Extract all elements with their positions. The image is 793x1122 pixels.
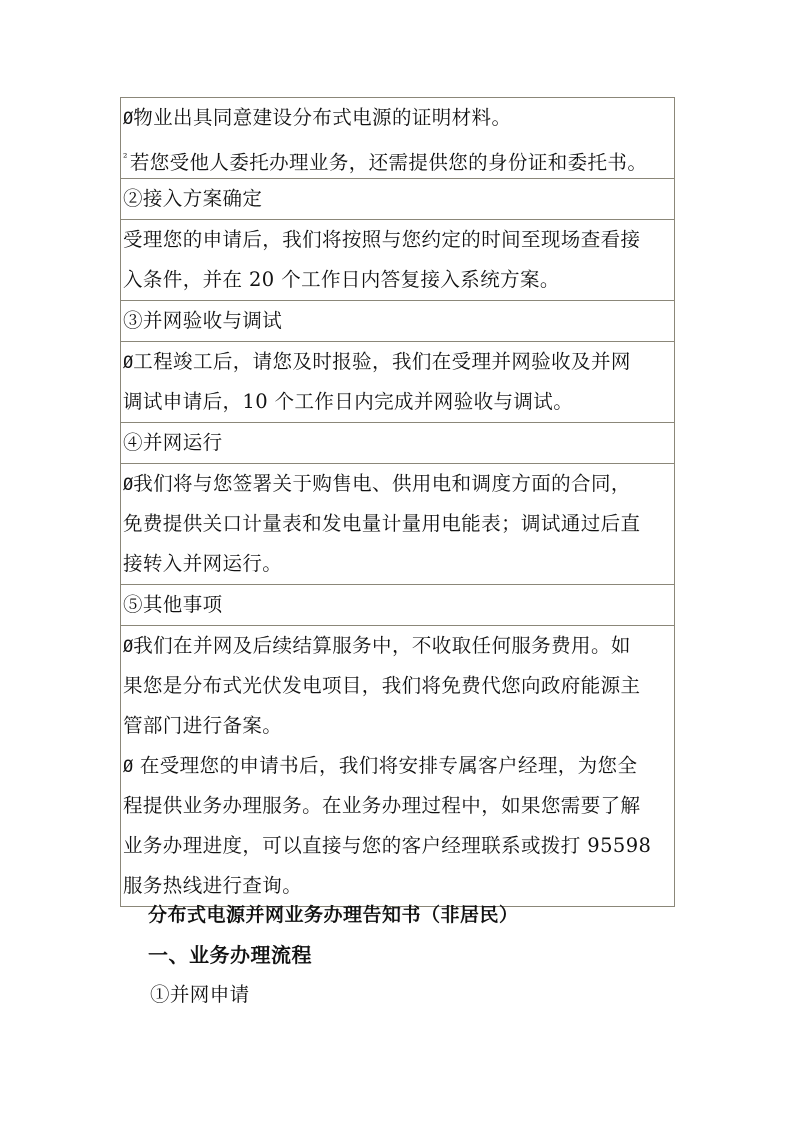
- text-line: 程提供业务办理服务。在业务办理过程中，如果您需要了解: [123, 786, 674, 826]
- table-row: ②接入方案确定: [121, 179, 675, 220]
- bullet-marker: Ø: [123, 475, 133, 495]
- step-heading: ②接入方案确定: [123, 179, 674, 219]
- bullet-marker: Ø: [123, 757, 133, 777]
- table-row: Ø工程竣工后，请您及时报验，我们在受理并网验收及并网 调试申请后，10 个工作日…: [121, 342, 675, 423]
- step-heading-cell: ②接入方案确定: [121, 179, 675, 220]
- text-line: 受理您的申请后，我们将按照与您约定的时间至现场查看接: [123, 220, 674, 260]
- text-line: Ø物业出具同意建设分布式电源的证明材料。: [123, 98, 674, 138]
- table-row: ⑤其他事项: [121, 585, 675, 626]
- bullet-marker: Ø: [123, 637, 133, 657]
- text-line: 业务办理进度，可以直接与您的客户经理联系或拨打 95598: [123, 826, 674, 866]
- text-line: 接转入并网运行。: [123, 544, 674, 584]
- table-row: Ø物业出具同意建设分布式电源的证明材料。 ²若您受他人委托办理业务，还需提供您的…: [121, 98, 675, 179]
- bullet-marker: Ø: [123, 109, 133, 129]
- step-heading: ⑤其他事项: [123, 585, 674, 625]
- section-heading: 一、业务办理流程: [148, 935, 519, 975]
- notice-table: Ø物业出具同意建设分布式电源的证明材料。 ²若您受他人委托办理业务，还需提供您的…: [120, 97, 675, 907]
- bullet-marker: Ø: [123, 353, 133, 373]
- step-heading-cell: ④并网运行: [121, 423, 675, 464]
- text-line: ²若您受他人委托办理业务，还需提供您的身份证和委托书。: [123, 138, 674, 178]
- following-section: 分布式电源并网业务办理告知书（非居民） 一、业务办理流程 ①并网申请: [148, 895, 519, 1015]
- bullet-marker: ²: [123, 151, 128, 164]
- table-row: ④并网运行: [121, 423, 675, 464]
- table-row: 受理您的申请后，我们将按照与您约定的时间至现场查看接 入条件，并在 20 个工作…: [121, 220, 675, 301]
- text-line: Ø我们在并网及后续结算服务中，不收取任何服务费用。如: [123, 626, 674, 666]
- step-heading: ④并网运行: [123, 423, 674, 463]
- step-heading: ③并网验收与调试: [123, 301, 674, 341]
- content-cell: Ø工程竣工后，请您及时报验，我们在受理并网验收及并网 调试申请后，10 个工作日…: [121, 342, 675, 423]
- text-line: Ø我们将与您签署关于购售电、供用电和调度方面的合同，: [123, 464, 674, 504]
- text-line: 果您是分布式光伏发电项目，我们将免费代您向政府能源主: [123, 666, 674, 706]
- content-cell: 受理您的申请后，我们将按照与您约定的时间至现场查看接 入条件，并在 20 个工作…: [121, 220, 675, 301]
- table-row: ③并网验收与调试: [121, 301, 675, 342]
- document-page: Ø物业出具同意建设分布式电源的证明材料。 ²若您受他人委托办理业务，还需提供您的…: [0, 0, 793, 1122]
- step-heading: ①并网申请: [148, 975, 519, 1015]
- text-line: 调试申请后，10 个工作日内完成并网验收与调试。: [123, 382, 674, 422]
- text-line: 入条件，并在 20 个工作日内答复接入系统方案。: [123, 260, 674, 300]
- content-cell: Ø物业出具同意建设分布式电源的证明材料。 ²若您受他人委托办理业务，还需提供您的…: [121, 98, 675, 179]
- content-cell: Ø我们将与您签署关于购售电、供用电和调度方面的合同， 免费提供关口计量表和发电量…: [121, 464, 675, 585]
- table-row: Ø我们将与您签署关于购售电、供用电和调度方面的合同， 免费提供关口计量表和发电量…: [121, 464, 675, 585]
- text-line: 免费提供关口计量表和发电量计量用电能表；调试通过后直: [123, 504, 674, 544]
- text-line: Ø 在受理您的申请书后，我们将安排专属客户经理，为您全: [123, 746, 674, 786]
- content-cell: Ø我们在并网及后续结算服务中，不收取任何服务费用。如 果您是分布式光伏发电项目，…: [121, 626, 675, 907]
- step-heading-cell: ③并网验收与调试: [121, 301, 675, 342]
- text-line: Ø工程竣工后，请您及时报验，我们在受理并网验收及并网: [123, 342, 674, 382]
- text-line: 管部门进行备案。: [123, 706, 674, 746]
- step-heading-cell: ⑤其他事项: [121, 585, 675, 626]
- table-row: Ø我们在并网及后续结算服务中，不收取任何服务费用。如 果您是分布式光伏发电项目，…: [121, 626, 675, 907]
- document-title: 分布式电源并网业务办理告知书（非居民）: [148, 895, 519, 935]
